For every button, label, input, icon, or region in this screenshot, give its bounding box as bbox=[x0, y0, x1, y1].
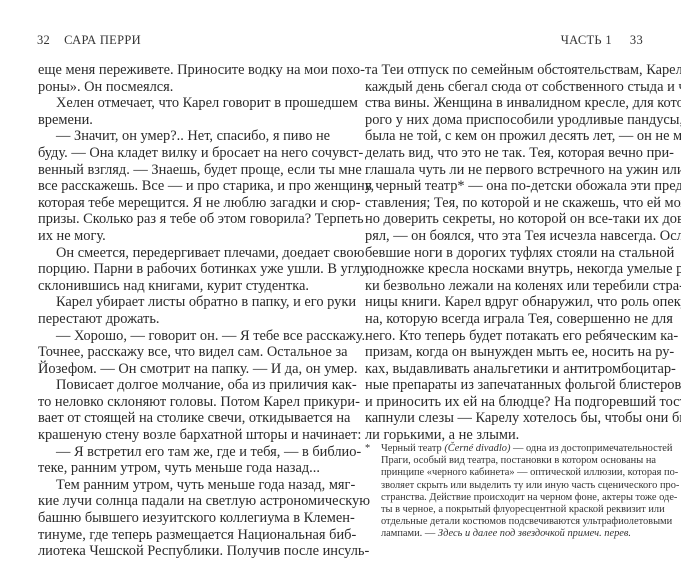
right-page: ЧАСТЬ 133 та Теи отпуск по семейным обст… bbox=[340, 0, 681, 580]
text-line: венный взгляд. — Знаешь, будет проще, ес… bbox=[38, 162, 314, 179]
left-page: 32САРА ПЕРРИ еще меня переживете. Принос… bbox=[0, 0, 340, 580]
footnote-line: странства. Действие происходит на черном… bbox=[381, 492, 642, 504]
text-line: рял, — он боялся, что эта Тея исчезла на… bbox=[365, 228, 642, 245]
page-number-left: 32 bbox=[37, 33, 50, 48]
text-line: ницы книги. Карел вдруг обнаружил, что р… bbox=[365, 294, 642, 311]
text-line: роны». Он посмеялся. bbox=[38, 79, 314, 96]
footnote: * Черный театр (Černé divadlo) — одна из… bbox=[365, 443, 642, 541]
text-line: ставления; Тея, по которой и не скажешь,… bbox=[365, 195, 642, 212]
text-line: глашала чуть ли не первого встречного на… bbox=[365, 162, 642, 179]
footnote-text: — одна из достопримечательностей bbox=[510, 443, 672, 454]
text-line: еще меня переживете. Приносите водку на … bbox=[38, 62, 314, 79]
text-line: в черный театр* — она по-детски обожала … bbox=[365, 178, 642, 195]
running-head-right: ЧАСТЬ 133 bbox=[561, 33, 643, 48]
text-line: ства вины. Женщина в инвалидном кресле, … bbox=[365, 95, 642, 112]
text-line: ли горькими, а не злыми. bbox=[365, 427, 642, 444]
footnote-body: Черный театр (Černé divadlo) — одна из д… bbox=[381, 443, 642, 541]
footnote-line: принципе «черного кабинета» — оптической… bbox=[381, 467, 642, 479]
text-line: Карел убирает листы обратно в папку, и е… bbox=[38, 294, 314, 311]
text-line: та Теи отпуск по семейным обстоятельства… bbox=[365, 62, 642, 79]
text-line: Точнее, расскажу все, что видел сам. Ост… bbox=[38, 344, 314, 361]
text-line: башню бывшего иезуитского коллегиума в К… bbox=[38, 510, 314, 527]
footnote-italic-title: (Černé divadlo) bbox=[444, 443, 510, 454]
text-line: ках, выдавливать анальгетики и антитромб… bbox=[365, 361, 642, 378]
footnote-line: лампами. — Здесь и далее под звездочкой … bbox=[381, 528, 642, 540]
text-line: была не той, с кем он прожил десять лет,… bbox=[365, 128, 642, 145]
footnote-line: Черный театр (Černé divadlo) — одна из д… bbox=[381, 443, 642, 455]
text-line: то неловко склоняют головы. Потом Карел … bbox=[38, 394, 314, 411]
text-line: ные препараты из запечатанных фольгой бл… bbox=[365, 377, 642, 394]
text-line: Он смеется, передергивает плечами, доеда… bbox=[38, 245, 314, 262]
text-line: лиотека Чешской Республики. Получив посл… bbox=[38, 543, 314, 560]
footnote-line: Праги, особый вид театра, постановки в к… bbox=[381, 455, 642, 467]
text-line: ки безвольно лежали на коленях или тереб… bbox=[365, 278, 642, 295]
footnote-text: Черный театр bbox=[381, 443, 444, 454]
text-line: которая тебе мерещится. Я не люблю загад… bbox=[38, 195, 314, 212]
text-line: капнули слезы — Карелу хотелось бы, чтоб… bbox=[365, 410, 642, 427]
text-line: делать вид, что это не так. Тея, которая… bbox=[365, 145, 642, 162]
text-line: кие лучи солнца падали на светлую астрон… bbox=[38, 493, 314, 510]
text-line: их не могу. bbox=[38, 228, 314, 245]
footnote-text: лампами. — bbox=[381, 528, 438, 539]
text-line: склонившись над книгами, курит студентка… bbox=[38, 278, 314, 295]
text-line: порцию. Парни в рабочих ботинках уже ушл… bbox=[38, 261, 314, 278]
text-line: вает от стоящей на столике свечи, откиды… bbox=[38, 410, 314, 427]
text-line: подножке кресла носками внутрь, некогда … bbox=[365, 261, 642, 278]
page-number-right: 33 bbox=[630, 33, 643, 48]
text-line: призам, когда он вынужден мыть ее, носит… bbox=[365, 344, 642, 361]
right-page-body-text: та Теи отпуск по семейным обстоятельства… bbox=[365, 62, 642, 444]
text-line: — Значит, он умер?.. Нет, спасибо, я пив… bbox=[38, 128, 314, 145]
text-line: — Хорошо, — говорит он. — Я тебе все рас… bbox=[38, 328, 314, 345]
text-line: перестают дрожать. bbox=[38, 311, 314, 328]
text-line: каждый день сбегал сюда от собственного … bbox=[365, 79, 642, 96]
text-line: бевшие ноги в дорогих туфлях стояли на с… bbox=[365, 245, 642, 262]
text-line: тинуме, где теперь размещается Националь… bbox=[38, 527, 314, 544]
footnote-line: зволяет скрыть или выделить ту или иную … bbox=[381, 480, 642, 492]
text-line: него. Кто теперь будет потакать его ребя… bbox=[365, 328, 642, 345]
footnote-line: отдельные детали костюмов подсвечиваются… bbox=[381, 516, 642, 528]
text-line: — Я встретил его там же, где и тебя, — в… bbox=[38, 444, 314, 461]
text-line: крашеную стену возле бархатной шторы и н… bbox=[38, 427, 314, 444]
running-head-author: САРА ПЕРРИ bbox=[64, 33, 141, 47]
translator-note: Здесь и далее под звездочкой примеч. пер… bbox=[438, 528, 631, 539]
text-line: призы. Сколько раз я тебе об этом говори… bbox=[38, 211, 314, 228]
text-line: Повисает долгое молчание, оба из приличи… bbox=[38, 377, 314, 394]
running-head-left: 32САРА ПЕРРИ bbox=[37, 33, 141, 48]
text-line: рого у них дома приспособили уродливые п… bbox=[365, 112, 642, 129]
text-line: Тем ранним утром, чуть меньше года назад… bbox=[38, 477, 314, 494]
footnote-asterisk: * bbox=[365, 443, 370, 455]
text-line: времени. bbox=[38, 112, 314, 129]
text-line: но доверить секреты, но которой он все-т… bbox=[365, 211, 642, 228]
text-line: Хелен отмечает, что Карел говорит в прош… bbox=[38, 95, 314, 112]
text-line: теке, ранним утром, чуть меньше года наз… bbox=[38, 460, 314, 477]
text-line: буду. — Она кладет вилку и бросает на не… bbox=[38, 145, 314, 162]
text-line: на, которую всегда играла Тея, совершенн… bbox=[365, 311, 642, 328]
running-head-part: ЧАСТЬ 1 bbox=[561, 33, 612, 47]
left-page-body-text: еще меня переживете. Приносите водку на … bbox=[38, 62, 314, 560]
text-line: все расскажешь. Все — и про старика, и п… bbox=[38, 178, 314, 195]
text-line: и приносить их ей на блюдце? На подгорев… bbox=[365, 394, 642, 411]
text-line: Йозефом. — Он смотрит на папку. — И да, … bbox=[38, 361, 314, 378]
footnote-line: ты в черное, а покрытый флуоресцентной к… bbox=[381, 504, 642, 516]
